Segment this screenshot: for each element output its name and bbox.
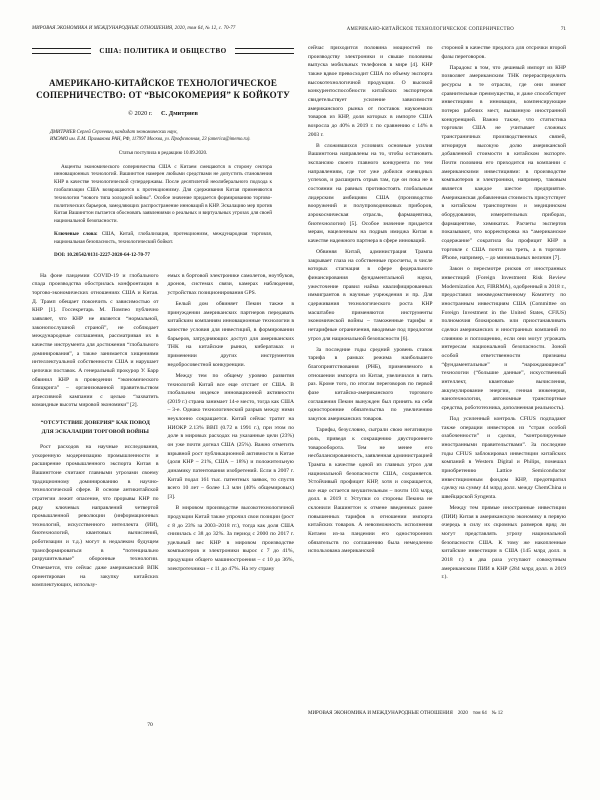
right-page: АМЕРИКАНО-КИТАЙСКОЕ ТЕХНОЛОГИЧЕСКОЕ СОПЕ… [300,0,600,800]
doi: DOI: 10.20542/0131-2227-2020-64-12-70-77 [54,252,272,258]
paragraph: Под усиленный контроль CFIUS подпадают т… [442,415,567,502]
body-column-4: стороной в качестве предлога для отсрочк… [442,44,567,585]
banner-rule-right [235,48,294,54]
running-head-title: АМЕРИКАНО-КИТАЙСКОЕ ТЕХНОЛОГИЧЕСКОЕ СОПЕ… [308,27,553,32]
article-title: АМЕРИКАНО-КИТАЙСКОЕ ТЕХНОЛОГИЧЕСКОЕ СОПЕ… [32,77,294,101]
paragraph: Белый дом обвиняет Пекин также в принужд… [168,300,295,369]
paragraph: В мировом производстве высокотехнологичн… [168,504,295,573]
left-page: МИРОВАЯ ЭКОНОМИКА И МЕЖДУНАРОДНЫЕ ОТНОШЕ… [0,0,300,800]
section-banner: США: ПОЛИТИКА И ОБЩЕСТВО [32,47,294,55]
banner-rule-left [32,48,91,54]
article-title-line1: АМЕРИКАНО-КИТАЙСКОЕ ТЕХНОЛОГИЧЕСКОЕ [32,77,294,89]
author-name: С. Дмитриев [161,110,198,117]
paragraph: В сложившихся условиях основные усилия В… [308,142,433,246]
keywords: Ключевые слова: США, Китай, глобализация… [54,231,272,247]
running-head-right: АМЕРИКАНО-КИТАЙСКОЕ ТЕХНОЛОГИЧЕСКОЕ СОПЕ… [308,26,566,32]
copyright-year: © 2020 г. [128,110,152,117]
paragraph: Рост расходов на научные исследования, у… [32,443,159,590]
article-title-line2: СОПЕРНИЧЕСТВО: ОТ “ВЫСОКОМЕРИЯ” К БОЙКОТ… [32,89,294,101]
body-column-2: емых в бортовой электронике самолетов, н… [168,272,295,593]
paragraph: Тарифы, безусловно, сыграли свою негатив… [308,426,433,556]
received-date: Статья поступила в редакцию 10.09.2020. [32,151,294,156]
paragraph: сейчас приходится половина мощностей по … [308,44,433,139]
journal-footer: МИРОВАЯ ЭКОНОМИКА И МЕЖДУНАРОДНЫЕ ОТНОШЕ… [308,711,570,716]
page-number-71: 71 [561,26,566,32]
running-head-left: МИРОВАЯ ЭКОНОМИКА И МЕЖДУНАРОДНЫЕ ОТНОШЕ… [32,26,294,31]
paragraph: Обвиняя Китай, администрация Трампа закр… [308,248,433,343]
body-columns-right-page: сейчас приходится половина мощностей по … [308,44,566,585]
body-columns-left-page: На фоне пандемии COVID-19 и глобального … [32,272,294,593]
abstract: Акценты экономического соперничества США… [54,164,272,226]
section-banner-label: США: ПОЛИТИКА И ОБЩЕСТВО [99,47,226,55]
paragraph: Между тем прямые иностранные инвестиции … [442,504,567,582]
paragraph: стороной в качестве предлога для отсрочк… [442,44,567,61]
paragraph: За последние годы средний уровень ставок… [308,346,433,424]
paragraph: Закон о пересмотре рисков от иностранных… [442,265,567,412]
paragraph: Парадокс в том, что дешевый импорт из КН… [442,64,567,263]
affiliation-line1: ДМИТРИЕВ Сергей Сергеевич, кандидат экон… [50,129,276,136]
paragraph: Между тем по общему уровню развития техн… [168,372,295,502]
body-column-3: сейчас приходится половина мощностей по … [308,44,433,585]
body-column-1: На фоне пандемии COVID-19 и глобального … [32,272,159,593]
affiliation-line2: ИМЭМО им. Е.М. Примакова РАН, РФ, 117997… [50,136,276,143]
section-heading: “ОТСУТСТВИЕ ДОВЕРИЯ” КАК ПОВОД ДЛЯ ЭСКАЛ… [36,419,155,436]
journal-scan: { "page70": { "running_head": "МИРОВАЯ Э… [0,0,600,800]
paragraph: На фоне пандемии COVID-19 и глобального … [32,272,159,411]
copyright-line: © 2020 г. С. Дмитриев [32,110,294,117]
author-affiliation: ДМИТРИЕВ Сергей Сергеевич, кандидат экон… [50,129,276,143]
paragraph: емых в бортовой электронике самолетов, н… [168,272,295,298]
keywords-label: Ключевые слова: [54,231,98,237]
page-number-70: 70 [0,722,300,728]
